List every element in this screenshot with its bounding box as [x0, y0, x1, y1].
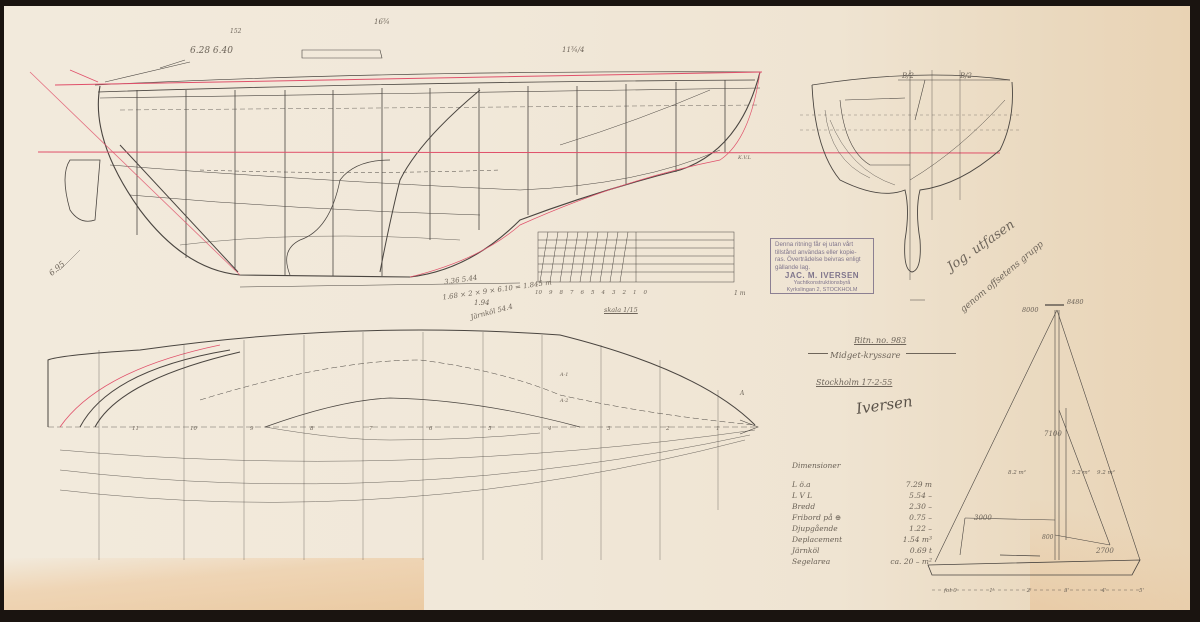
dimension-value: 0.69 t: [910, 546, 932, 557]
place-date: Stockholm 17-2-55: [816, 378, 892, 387]
stamp-sub: Kyrkslingan 2, STOCKHOLM: [775, 287, 869, 295]
boom-label: 3000: [974, 514, 992, 522]
station-label: 8: [310, 426, 314, 432]
scale-tick: 6: [581, 290, 585, 296]
calc-line-3: 1.94: [474, 299, 490, 307]
title-rule-right: [906, 353, 956, 354]
sail-scale-tick: 1': [989, 588, 994, 594]
dimension-label: Djupgående: [792, 524, 838, 535]
sail-scale-tick: 5': [1139, 588, 1144, 594]
dimension-row: Bredd2.30 –: [792, 502, 932, 513]
profile-top-small-2: 16¾: [374, 18, 390, 26]
stamp-line: gällande lag.: [775, 264, 869, 272]
stamp-sub: Yachtkonstruktionsbyrå: [775, 280, 869, 288]
mast-top-mark: 8000: [1022, 306, 1039, 314]
genoa-area-label: 9.2 m²: [1097, 470, 1115, 476]
scale-tick: 10: [535, 290, 542, 296]
mast-top-label: 8480: [1067, 298, 1084, 306]
foot-label: 2700: [1096, 547, 1114, 555]
station-label: 2: [666, 426, 670, 432]
dimensions-title: Dimensioner: [792, 461, 932, 470]
dimension-row: Djupgående1.22 –: [792, 524, 932, 535]
station-label: 9: [250, 426, 254, 432]
dimension-row: Järnköl0.69 t: [792, 546, 932, 557]
station-mark: 11¾/4: [562, 46, 585, 54]
dimension-label: Järnköl: [792, 546, 819, 557]
scale-bar-lines: [538, 232, 734, 282]
lines-drawing: [4, 6, 1190, 610]
profile-top-annotation: 6.28 6.40: [190, 46, 233, 56]
dimension-value: 0.75 –: [909, 513, 932, 524]
main-area-label: 8.2 m²: [1008, 470, 1026, 476]
scale-tick: 1: [633, 290, 637, 296]
dimension-label: Segelarea: [792, 557, 830, 568]
plan-view: [48, 330, 758, 560]
station-label: 6: [429, 426, 433, 432]
copyright-stamp: Denna ritning får ej utan vårt tillstånd…: [770, 238, 874, 294]
drawing-number: Ritn. no. 983: [854, 336, 906, 345]
dimension-label: Fribord på ⊕: [792, 513, 841, 524]
station-label: 7: [369, 426, 373, 432]
station-label: 5: [488, 426, 492, 432]
station-label: 3: [607, 426, 611, 432]
scale-tick: 3: [612, 290, 616, 296]
stamp-line: tillstånd användas eller kopie-: [775, 249, 869, 257]
dimension-value: 7.29 m: [906, 480, 932, 491]
jib-area-label: 5.2 m²: [1072, 470, 1090, 476]
scale-tick: 4: [602, 290, 606, 296]
stamp-firm: JAC. M. IVERSEN: [775, 272, 869, 280]
dimension-row: Deplacement1.54 m³: [792, 535, 932, 546]
section-label-left: B/2: [902, 72, 914, 80]
dimension-value: 2.30 –: [909, 502, 932, 513]
sail-plan-scale: fot 0 1' 2' 3' 4' 5': [944, 588, 1144, 594]
dimension-row: Fribord på ⊕0.75 –: [792, 513, 932, 524]
dimensions-table: Dimensioner L ö.a7.29 m L V L5.54 – Bred…: [792, 461, 932, 568]
station-label: 11: [132, 426, 139, 432]
station-label: 1: [716, 426, 720, 432]
scale-tick: 2: [623, 290, 627, 296]
mast-height-label: 7100: [1044, 430, 1062, 438]
profile-view: [60, 50, 760, 287]
scale-end-label: 1 m: [734, 290, 745, 297]
scale-tick: 0: [644, 290, 648, 296]
scale-tick: 7: [570, 290, 574, 296]
sail-scale-tick: 4': [1102, 588, 1107, 594]
scale-bar-ticks: 10 9 8 7 6 5 4 3 2 1 0: [535, 290, 647, 296]
sail-scale-tick: 3': [1064, 588, 1069, 594]
curve-label: A-1: [560, 372, 568, 378]
waterline-label: K.V.L: [738, 155, 751, 161]
dimension-label: Deplacement: [792, 535, 842, 546]
dimension-row: L ö.a7.29 m: [792, 480, 932, 491]
vessel-type: Midget-kryssare: [830, 351, 901, 361]
stamp-line: ras. Överträdelse beivras enligt: [775, 256, 869, 264]
scan-border: 6.28 6.40 152 16¾ 11¾/4 6.95 K.V.L 3.36 …: [0, 0, 1200, 622]
dimension-label: L ö.a: [792, 480, 811, 491]
drawing-sheet: 6.28 6.40 152 16¾ 11¾/4 6.95 K.V.L 3.36 …: [4, 6, 1190, 610]
dimension-value: 1.22 –: [909, 524, 932, 535]
scale-tick: 5: [591, 290, 595, 296]
station-label: 10: [190, 426, 197, 432]
station-label: 4: [548, 426, 552, 432]
sail-scale-tick: 2': [1027, 588, 1032, 594]
title-rule-left: [808, 353, 828, 354]
dimension-label: L V L: [792, 491, 812, 502]
gooseneck-label: 800: [1042, 534, 1053, 541]
bow-label: A: [740, 390, 744, 397]
stamp-line: Denna ritning får ej utan vårt: [775, 241, 869, 249]
dimension-row: Segelareaca. 20 – m²: [792, 557, 932, 568]
curve-label: A-2: [560, 398, 568, 404]
profile-top-small-1: 152: [230, 28, 241, 35]
dimension-value: 1.54 m³: [903, 535, 932, 546]
sail-scale-tick: fot 0: [944, 588, 957, 594]
section-label-right: B/2: [960, 72, 972, 80]
dimension-value: 5.54 –: [909, 491, 932, 502]
scale-tick: 8: [560, 290, 564, 296]
dimension-value: ca. 20 – m²: [890, 557, 932, 568]
dimension-label: Bredd: [792, 502, 815, 513]
scale-tick: 9: [549, 290, 553, 296]
scale-caption: skala 1/15: [604, 306, 638, 314]
dimension-row: L V L5.54 –: [792, 491, 932, 502]
